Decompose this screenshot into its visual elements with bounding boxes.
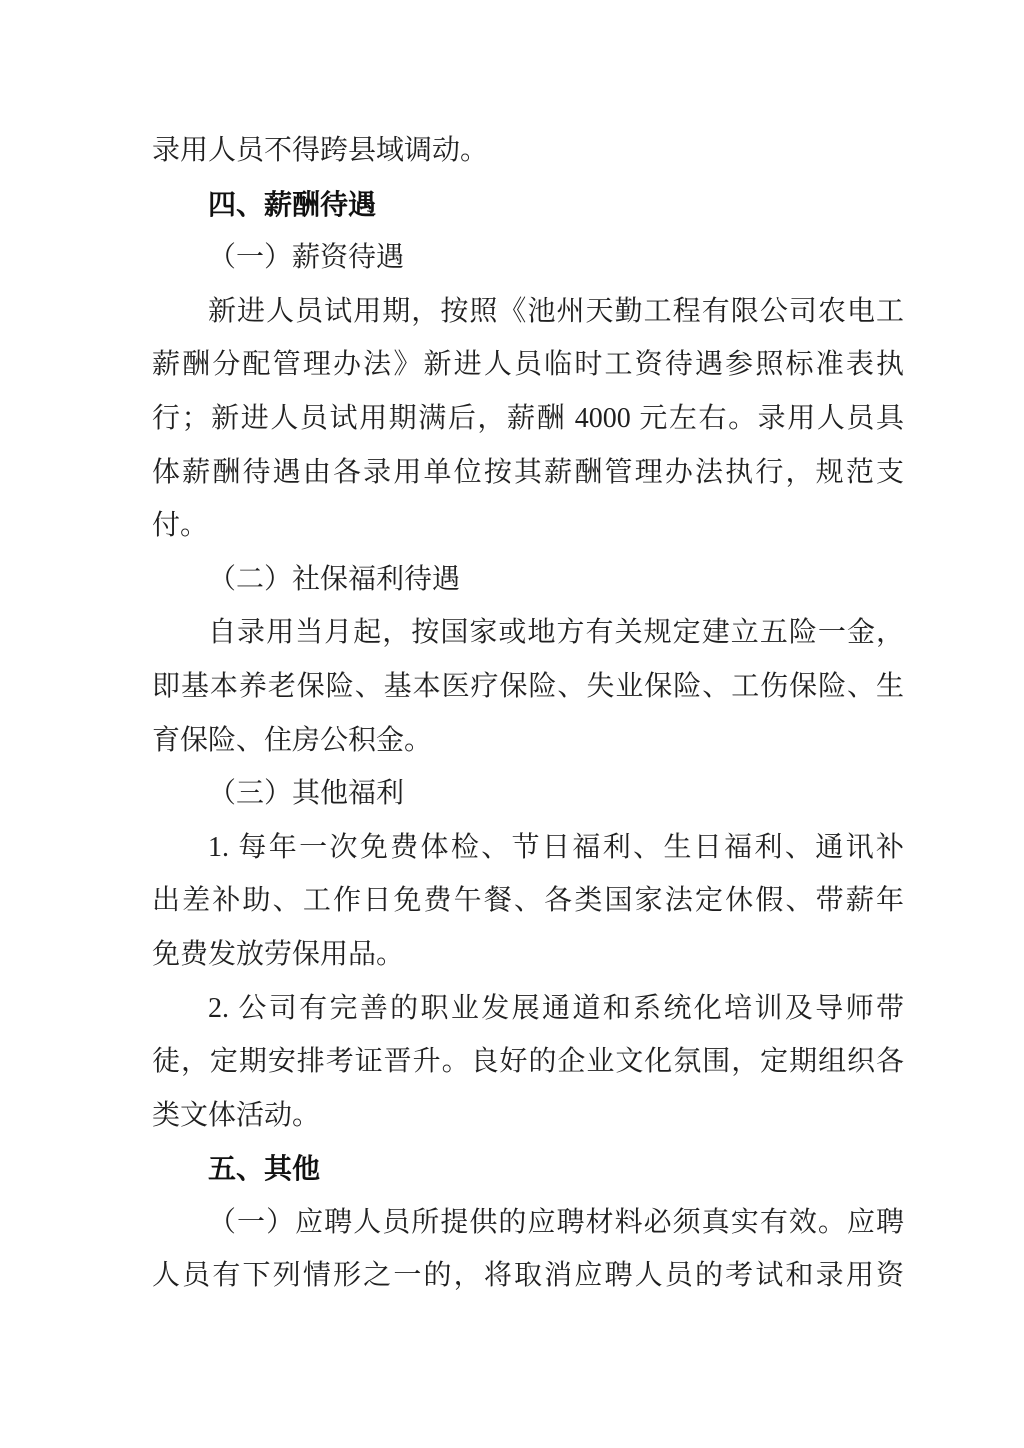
body-text-line: 体薪酬待遇由各录用单位按其薪酬管理办法执行，规范支 <box>152 446 904 500</box>
body-text-line: 出差补助、工作日免费午餐、各类国家法定休假、带薪年假、 <box>152 874 904 928</box>
subsection-heading: （二）社保福利待遇 <box>152 553 904 607</box>
body-text-line: 免费发放劳保用品。 <box>152 928 904 982</box>
body-text-line: 录用人员不得跨县域调动。 <box>152 124 904 178</box>
subsection-heading: （一）薪资待遇 <box>152 231 904 285</box>
subsection-heading: （三）其他福利 <box>152 767 904 821</box>
body-text-line: 付。 <box>152 499 904 553</box>
document-text-column: 录用人员不得跨县域调动。四、薪酬待遇（一）薪资待遇新进人员试用期，按照《池州天勤… <box>152 124 904 1303</box>
body-text-line: 新进人员试用期，按照《池州天勤工程有限公司农电工 <box>152 285 904 339</box>
body-text-line: 即基本养老保险、基本医疗保险、失业保险、工伤保险、生 <box>152 660 904 714</box>
body-text-line: （一）应聘人员所提供的应聘材料必须真实有效。应聘 <box>152 1196 904 1250</box>
body-text-line: 徒，定期安排考证晋升。良好的企业文化氛围，定期组织各 <box>152 1035 904 1089</box>
body-text-line: 自录用当月起，按国家或地方有关规定建立五险一金， <box>152 606 904 660</box>
body-text-line: 2. 公司有完善的职业发展通道和系统化培训及导师带 <box>152 982 904 1036</box>
section-heading: 四、薪酬待遇 <box>152 178 904 232</box>
body-text-line: 人员有下列情形之一的，将取消应聘人员的考试和录用资 <box>152 1249 904 1303</box>
body-text-line: 1. 每年一次免费体检、节日福利、生日福利、通讯补助、 <box>152 821 904 875</box>
body-text-line: 行；新进人员试用期满后，薪酬 4000 元左右。录用人员具 <box>152 392 904 446</box>
body-text-line: 育保险、住房公积金。 <box>152 714 904 768</box>
section-heading: 五、其他 <box>152 1142 904 1196</box>
document-page: 录用人员不得跨县域调动。四、薪酬待遇（一）薪资待遇新进人员试用期，按照《池州天勤… <box>0 0 1024 1448</box>
body-text-line: 薪酬分配管理办法》新进人员临时工资待遇参照标准表执 <box>152 338 904 392</box>
body-text-line: 类文体活动。 <box>152 1089 904 1143</box>
